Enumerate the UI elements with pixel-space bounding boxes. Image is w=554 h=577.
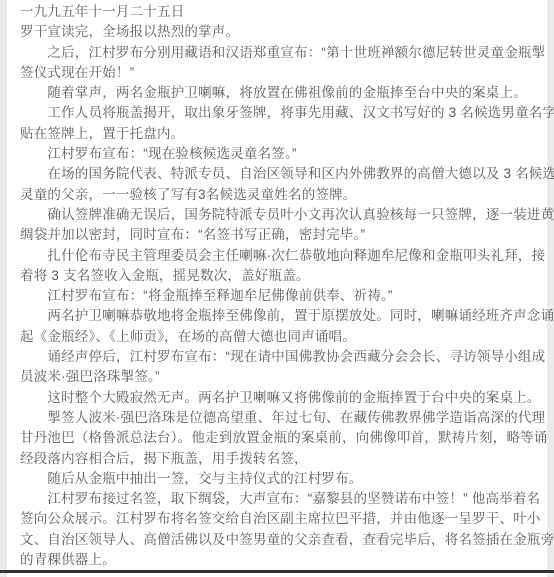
text-line: 随后从金瓶中抽出一签，交与主持仪式的江村罗布。 (20, 469, 540, 489)
text-line: 江村罗布宣布：“现在验核候选灵童名签。” (20, 144, 540, 164)
text-line: 起《金瓶经》、《上师贡》，在场的高僧大德也同声诵唱。 (20, 327, 540, 347)
text-line: 着将 3 支名签收入金瓶，摇晃数次，盖好瓶盖。 (20, 266, 540, 286)
text-line: 灵童的父亲，一一验核了写有3名候选灵童姓名的签牌。 (20, 185, 540, 205)
text-line: 这时整个大殿寂然无声。两名护卫喇嘛又将佛像前的金瓶捧置于台中央的案桌上。 (20, 388, 540, 408)
text-line: 两名护卫喇嘛恭敬地将金瓶捧至佛像前，置于原摆放处。同时，喇嘛诵经班齐声念诵 (20, 306, 540, 326)
text-line: 经段落内容相合后，揭下瓶盖，用手拨转名签， (20, 449, 540, 469)
text-line: 文、自治区领导人、高僧活佛以及中签男童的父亲查看，查看完毕后，将名签插在金瓶旁 (20, 530, 540, 550)
text-line: 罗干宣读完，全场报以热烈的掌声。 (20, 22, 540, 42)
page: { "theme": { "background": "#ffffff", "e… (0, 0, 554, 577)
text-line: 一九九五年十一月二十五日 (20, 2, 540, 22)
left-edge-strip (0, 0, 7, 577)
document-text: 一九九五年十一月二十五日罗干宣读完，全场报以热烈的掌声。 之后，江村罗布分别用藏… (20, 2, 540, 570)
text-line: 江村罗布宣布：“将金瓶捧至释迦牟尼佛像前供奉、祈祷。” (20, 286, 540, 306)
text-line: 掣签人波米·强巴洛珠是位德高望重、年过七旬、在藏传佛教界佛学造诣高深的代理 (20, 408, 540, 428)
text-line: 随着掌声，两名金瓶护卫喇嘛，将放置在佛祖像前的金瓶捧至台中央的案桌上。 (20, 83, 540, 103)
text-line: 绸袋并加以密封，同时宣布：“名签书写正确，密封完毕。” (20, 225, 540, 245)
text-line: 员波米·强巴洛珠掣签。” (20, 367, 540, 387)
bottom-rule (0, 570, 554, 573)
text-line: 江村罗布接过名签，取下绸袋，大声宣布：“嘉黎县的坚赞诺布中签！” 他高举着名 (20, 489, 540, 509)
text-line: 诵经声停后，江村罗布宣布：“现在请中国佛教协会西藏分会会长、寻访领导小组成 (20, 347, 540, 367)
text-line: 之后，江村罗布分别用藏语和汉语郑重宣布：“第十世班禅额尔德尼转世灵童金瓶掣 (20, 43, 540, 63)
text-line: 确认签牌准确无误后，国务院特派专员叶小文再次认真验核每一只签牌，逐一装进黄 (20, 205, 540, 225)
text-line: 签向公众展示。江村罗布将名签交给自治区副主席拉巴平措，并由他逐一呈罗干、叶小 (20, 509, 540, 529)
right-edge-strip (547, 0, 554, 577)
text-line: 甘丹池巴（格鲁派总法台）。他走到放置金瓶的案桌前，向佛像叩首，默祷片刻，略等诵 (20, 428, 540, 448)
text-line: 签仪式现在开始！” (20, 63, 540, 83)
text-line: 工作人员将瓶盖揭开，取出象牙签牌，将事先用藏、汉文书写好的 3 名候选男童名字 (20, 103, 540, 123)
text-line: 在场的国务院代表、特派专员、自治区领导和区内外佛教界的高僧大德以及 3 名候选 (20, 164, 540, 184)
text-line: 扎什伦布寺民主管理委员会主任喇嘛·次仁恭敬地向释迦牟尼像和金瓶叩头礼拜，接 (20, 246, 540, 266)
text-line: 的青稞供器上。 (20, 550, 540, 570)
text-line: 贴在签牌上，置于托盘内。 (20, 124, 540, 144)
